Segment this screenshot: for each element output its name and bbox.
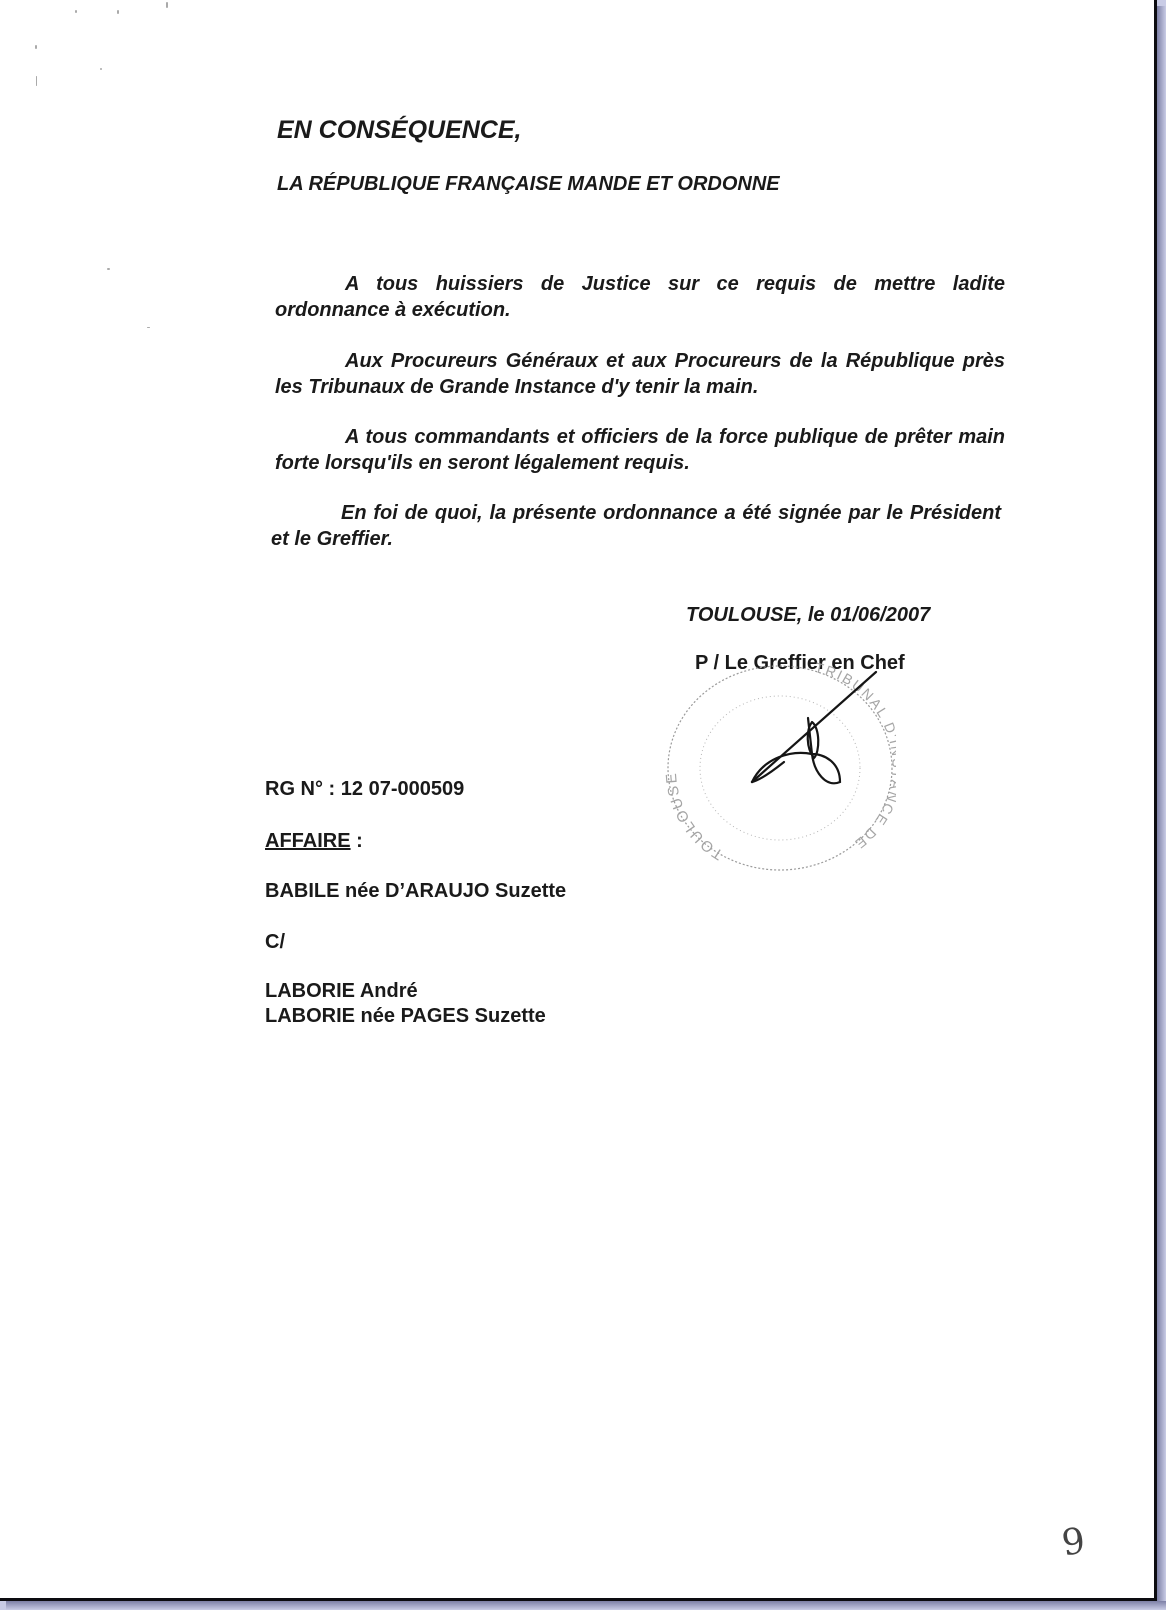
- handwritten-page-number: 9: [1059, 1521, 1087, 1565]
- subheading: LA RÉPUBLIQUE FRANÇAISE MANDE ET ORDONNE: [277, 173, 780, 196]
- signature: [752, 672, 876, 783]
- scan-speck: [147, 327, 150, 328]
- scan-speck: [35, 45, 37, 49]
- paragraph-force-publique: A tous commandants et officiers de la fo…: [275, 424, 1005, 476]
- scan-speck: [107, 268, 110, 270]
- page-shadow-right: [1157, 6, 1166, 1610]
- stamp-text-left: TOULOUSE: [664, 771, 726, 863]
- defendant-1: LABORIE André: [265, 980, 418, 1003]
- court-stamp: TOULOUSE TRIBUNAL D'INSTANCE DE: [664, 662, 896, 874]
- paragraph-en-foi: En foi de quoi, la présente ordonnance a…: [271, 500, 1001, 552]
- defendant-2: LABORIE née PAGES Suzette: [265, 1005, 546, 1028]
- versus: C/: [265, 931, 285, 954]
- scan-speck: [117, 10, 119, 14]
- affaire-separator: :: [351, 830, 363, 852]
- paragraph-procureurs: Aux Procureurs Généraux et aux Procureur…: [275, 348, 1005, 400]
- plaintiff: BABILE née D’ARAUJO Suzette: [265, 880, 566, 903]
- paragraph-huissiers: A tous huissiers de Justice sur ce requi…: [275, 271, 1005, 323]
- scan-speck: [166, 2, 168, 8]
- scan-speck: [36, 76, 37, 86]
- place-date: TOULOUSE, le 01/06/2007: [686, 604, 930, 627]
- scan-speck: [75, 10, 77, 13]
- document-page: EN CONSÉQUENCE, LA RÉPUBLIQUE FRANÇAISE …: [0, 0, 1157, 1601]
- heading: EN CONSÉQUENCE,: [277, 116, 521, 145]
- page-shadow-bottom: [6, 1601, 1166, 1610]
- scan-speck: [100, 68, 102, 70]
- case-reference: RG N° : 12 07-000509: [265, 778, 464, 801]
- affaire-label: AFFAIRE :: [265, 830, 363, 853]
- affaire-label-text: AFFAIRE: [265, 830, 351, 852]
